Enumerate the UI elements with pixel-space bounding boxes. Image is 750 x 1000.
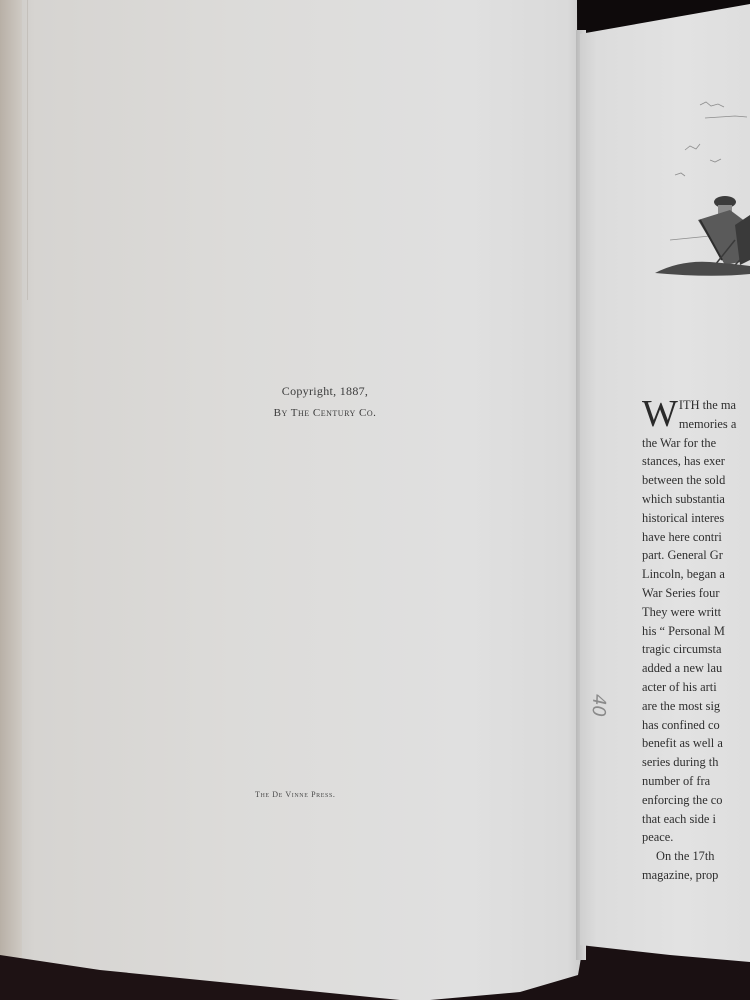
preface-line: which substantia [642, 490, 750, 509]
preface-line: stances, has exer [642, 452, 750, 471]
sketch-illustration [640, 60, 750, 280]
preface-line: historical interes [642, 509, 750, 528]
left-page: Copyright, 1887, By The Century Co. The … [0, 0, 585, 1000]
copyright-line: Copyright, 1887, [250, 380, 400, 402]
preface-line: magazine, prop [642, 866, 750, 885]
preface-line: added a new lau [642, 659, 750, 678]
page-edge [0, 0, 22, 965]
dropcap: W [642, 397, 678, 431]
page-edge-line [27, 0, 28, 300]
press-imprint: The De Vinne Press. [255, 790, 335, 799]
pencil-mark: 40 [588, 694, 610, 718]
preface-line: benefit as well a [642, 734, 750, 753]
preface-line: have here contri [642, 528, 750, 547]
preface-line: enforcing the co [642, 791, 750, 810]
preface-line: part. General Gr [642, 546, 750, 565]
preface-line: between the sold [642, 471, 750, 490]
preface-line: number of fra [642, 772, 750, 791]
preface-line: peace. [642, 828, 750, 847]
preface-line: They were writt [642, 603, 750, 622]
preface-line: that each side i [642, 810, 750, 829]
preface-line: acter of his arti [642, 678, 750, 697]
preface-line: are the most sig [642, 697, 750, 716]
preface-line: the War for the [642, 434, 750, 453]
preface-line: has confined co [642, 716, 750, 735]
copyright-block: Copyright, 1887, By The Century Co. [250, 380, 400, 424]
preface-line: tragic circumsta [642, 640, 750, 659]
preface-line: his “ Personal M [642, 622, 750, 641]
preface-line: On the 17th [642, 847, 750, 866]
publisher-line: By The Century Co. [250, 402, 400, 424]
preface-line: series during th [642, 753, 750, 772]
preface-line: Lincoln, began a [642, 565, 750, 584]
preface-text: W ITH the ma memories a the War for the … [642, 396, 750, 885]
book-photo: Copyright, 1887, By The Century Co. The … [0, 0, 750, 1000]
preface-line: War Series four [642, 584, 750, 603]
